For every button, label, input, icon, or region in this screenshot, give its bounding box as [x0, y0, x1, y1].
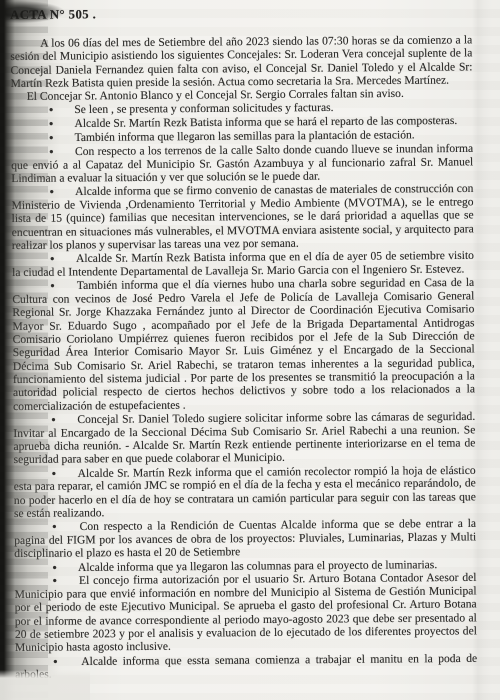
bullet-icon: ● [49, 133, 54, 142]
bullet-item: ●El concejo firma autorización por el us… [14, 571, 477, 655]
bullet-icon: ● [49, 147, 54, 156]
bullet-icon: ● [53, 656, 60, 665]
bullet-item: ●Concejal Sr. Daniel Toledo sugiere soli… [13, 409, 475, 466]
bullet-item: ●Alcalde informa que se firmo convenio d… [11, 182, 474, 253]
bullet-item: ●Alcalde Sr. Martín Rezk Batista informa… [12, 249, 474, 280]
paragraph-text: Alcalde informa que essta semana comienz… [15, 652, 477, 682]
paragraph-text: También informa que el día viernes hubo … [12, 276, 475, 412]
acta-document-body: ACTA N° 505 . A los 06 días del mes de S… [10, 4, 477, 681]
bullet-icon: ● [52, 468, 57, 477]
doc-paragraphs: A los 06 días del mes de Setiembre del a… [10, 33, 477, 681]
paragraph-text: Alcalde informa que se firmo convenio de… [12, 182, 474, 252]
paragraph-text: Alcalde Sr. Martín Rezk informa que el c… [14, 463, 476, 520]
paragraph-text: Con respecto a los terrenos de la calle … [11, 142, 473, 185]
paragraph-text: El concejo firma autorización por el usu… [15, 571, 477, 654]
paragraph-text: Alcalde Sr. Martín Rezk Batista informa … [12, 249, 474, 279]
bullet-icon: ● [50, 254, 55, 263]
bullet-icon: ● [49, 187, 54, 196]
paragraph: A los 06 días del mes de Setiembre del a… [10, 33, 472, 90]
bullet-item: ●Con respecto a los terrenos de la calle… [11, 141, 473, 185]
paragraph-text: A los 06 días del mes de Setiembre del a… [10, 33, 472, 90]
bullet-item: ●Con respecto a la Rendición de Cuentas … [14, 517, 476, 561]
paragraph-text: Concejal Sr. Daniel Toledo sugiere solic… [13, 410, 475, 467]
bullet-item: ●Alcalde informa que essta semana comien… [15, 651, 477, 682]
bullet-icon: ● [52, 576, 58, 585]
bullet-item: ●Alcalde Sr. Martín Rezk informa que el … [14, 463, 476, 520]
scanned-acta-page: ACTA N° 505 . A los 06 días del mes de S… [0, 0, 500, 700]
bullet-icon: ● [49, 119, 54, 128]
bullet-item: ●También informa que el día viernes hubo… [12, 276, 475, 413]
bullet-icon: ● [51, 414, 56, 423]
acta-number-heading: ACTA N° 505 . [10, 4, 472, 22]
bullet-icon: ● [52, 522, 59, 531]
paragraph-text: Con respecto a la Rendición de Cuentas A… [14, 517, 476, 560]
bullet-icon: ● [50, 281, 56, 290]
bullet-icon: ● [52, 562, 57, 571]
bullet-icon: ● [49, 105, 54, 114]
